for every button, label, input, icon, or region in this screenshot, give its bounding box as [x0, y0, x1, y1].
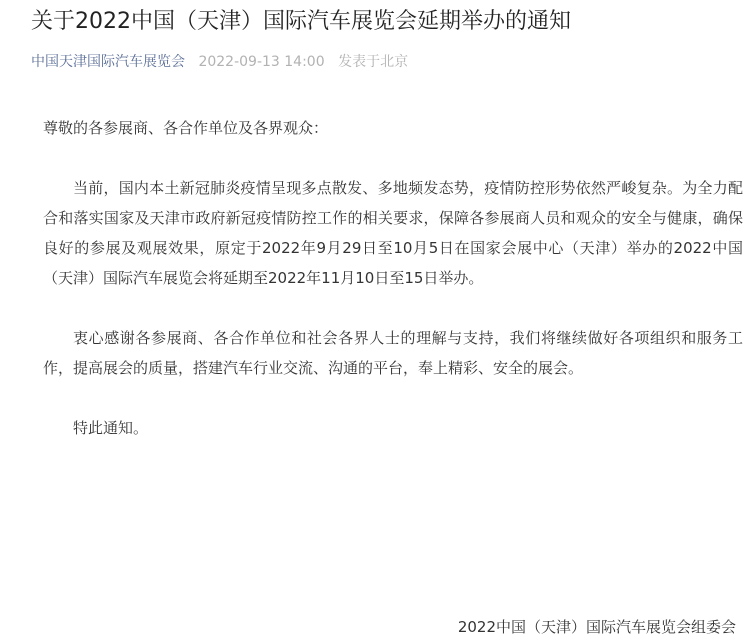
- closing-line: 特此通知。: [43, 413, 743, 443]
- publish-location: 发表于北京: [338, 54, 408, 70]
- publish-datetime: 2022-09-13 14:00: [198, 54, 324, 70]
- paragraph-thanks: 衷心感谢各参展商、各合作单位和社会各界人士的理解与支持，我们将继续做好各项组织和…: [43, 323, 743, 383]
- salutation: 尊敬的各参展商、各合作单位及各界观众：: [43, 113, 743, 143]
- article-meta: 中国天津国际汽车展览会 2022-09-13 14:00 发表于北京: [31, 52, 408, 72]
- article-body: 尊敬的各参展商、各合作单位及各界观众： 当前，国内本土新冠肺炎疫情呈现多点散发、…: [43, 113, 743, 443]
- account-name-link[interactable]: 中国天津国际汽车展览会: [31, 54, 185, 70]
- article-title: 关于2022中国（天津）国际汽车展览会延期举办的通知: [31, 6, 571, 38]
- signature: 2022中国（天津）国际汽车展览会组委会: [458, 612, 736, 642]
- paragraph-postponement: 当前，国内本土新冠肺炎疫情呈现多点散发、多地频发态势，疫情防控形势依然严峻复杂。…: [43, 173, 743, 293]
- article: 关于2022中国（天津）国际汽车展览会延期举办的通知 中国天津国际汽车展览会 2…: [0, 0, 750, 642]
